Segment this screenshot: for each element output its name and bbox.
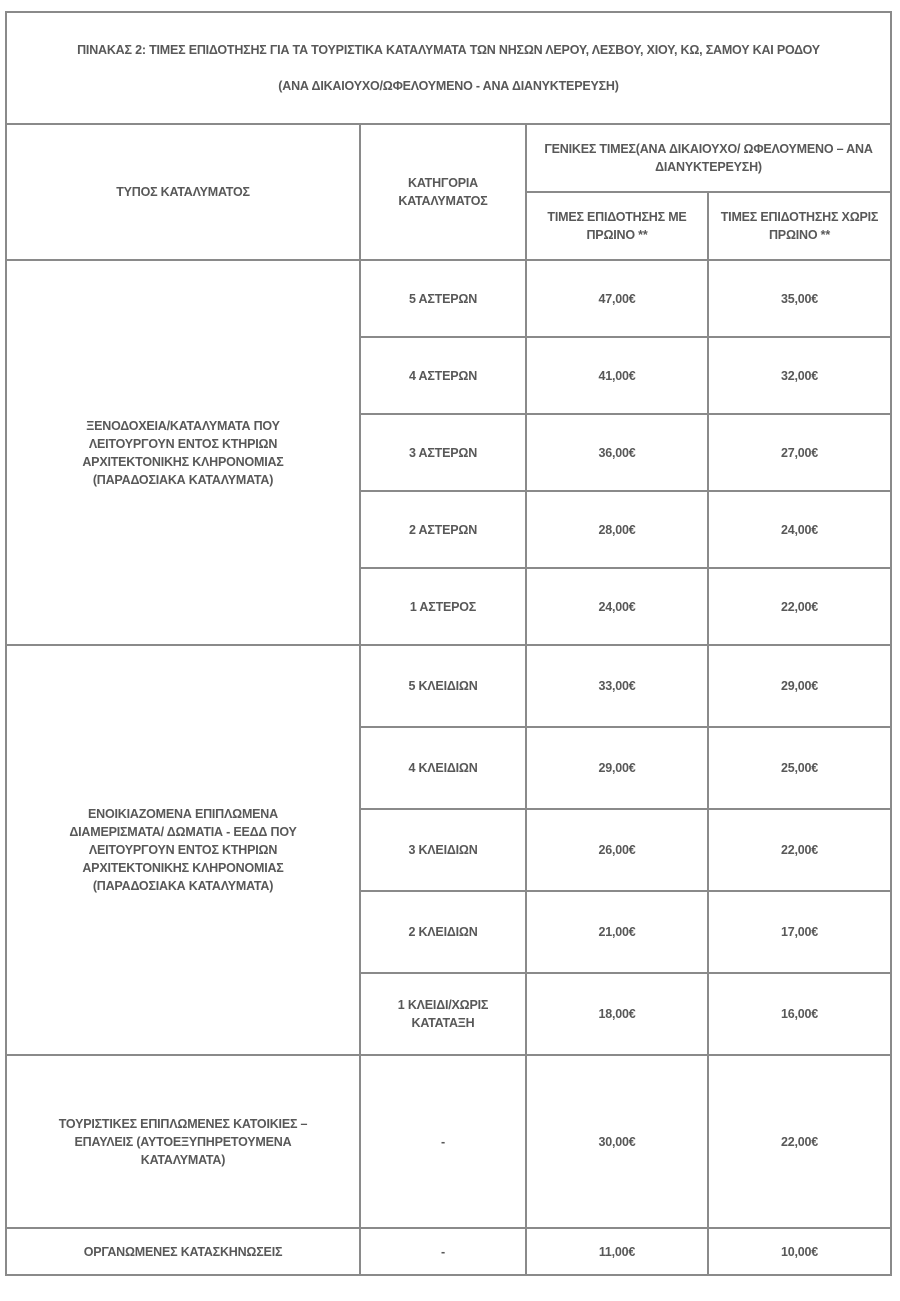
group-type-villas: ΤΟΥΡΙΣΤΙΚΕΣ ΕΠΙΠΛΩΜΕΝΕΣ ΚΑΤΟΙΚΙΕΣ –ΕΠΑΥΛ… — [6, 1055, 360, 1228]
table-row: ΤΟΥΡΙΣΤΙΚΕΣ ΕΠΙΠΛΩΜΕΝΕΣ ΚΑΤΟΙΚΙΕΣ –ΕΠΑΥΛ… — [6, 1055, 891, 1228]
price-with-breakfast: 28,00€ — [526, 491, 708, 568]
price-without-breakfast: 29,00€ — [708, 645, 891, 727]
price-with-breakfast: 41,00€ — [526, 337, 708, 414]
price-without-breakfast: 22,00€ — [708, 809, 891, 891]
price-without-breakfast: 27,00€ — [708, 414, 891, 491]
price-with-breakfast: 47,00€ — [526, 260, 708, 337]
price-with-breakfast: 29,00€ — [526, 727, 708, 809]
group-type-hotels: ΞΕΝΟΔΟΧΕΙΑ/ΚΑΤΑΛΥΜΑΤΑ ΠΟΥ ΛΕΙΤΟΥΡΓΟΥΝ ΕΝ… — [6, 260, 360, 645]
header-category: ΚΑΤΗΓΟΡΙΑ ΚΑΤΑΛΥΜΑΤΟΣ — [360, 124, 526, 260]
header-with-breakfast: ΤΙΜΕΣ ΕΠΙΔΟΤΗΣΗΣ ΜΕ ΠΡΩΙΝΟ ** — [526, 192, 708, 260]
price-without-breakfast: 35,00€ — [708, 260, 891, 337]
category-cell: 5 ΑΣΤΕΡΩΝ — [360, 260, 526, 337]
category-cell: 1 ΚΛΕΙΔΙ/ΧΩΡΙΣ ΚΑΤΑΤΑΞΗ — [360, 973, 526, 1055]
table-row: ΟΡΓΑΝΩΜΕΝΕΣ ΚΑΤΑΣΚΗΝΩΣΕΙΣ - 11,00€ 10,00… — [6, 1228, 891, 1275]
price-with-breakfast: 33,00€ — [526, 645, 708, 727]
header-general-prices: ΓΕΝΙΚΕΣ ΤΙΜΕΣ(ΑΝΑ ΔΙΚΑΙΟΥΧΟ/ ΩΦΕΛΟΥΜΕΝΟ … — [526, 124, 891, 192]
price-without-breakfast: 25,00€ — [708, 727, 891, 809]
group-type-apartments: ΕΝΟΙΚΙΑΖΟΜΕΝΑ ΕΠΙΠΛΩΜΕΝΑ ΔΙΑΜΕΡΙΣΜΑΤΑ/ Δ… — [6, 645, 360, 1055]
price-with-breakfast: 24,00€ — [526, 568, 708, 645]
table-row: ΕΝΟΙΚΙΑΖΟΜΕΝΑ ΕΠΙΠΛΩΜΕΝΑ ΔΙΑΜΕΡΙΣΜΑΤΑ/ Δ… — [6, 645, 891, 727]
price-without-breakfast: 16,00€ — [708, 973, 891, 1055]
category-cell: 3 ΑΣΤΕΡΩΝ — [360, 414, 526, 491]
category-cell: - — [360, 1228, 526, 1275]
price-without-breakfast: 32,00€ — [708, 337, 891, 414]
category-cell: 4 ΚΛΕΙΔΙΩΝ — [360, 727, 526, 809]
price-without-breakfast: 22,00€ — [708, 568, 891, 645]
category-cell: 1 ΑΣΤΕΡΟΣ — [360, 568, 526, 645]
table-title: ΠΙΝΑΚΑΣ 2: ΤΙΜΕΣ ΕΠΙΔΟΤΗΣΗΣ ΓΙΑ ΤΑ ΤΟΥΡΙ… — [6, 12, 891, 124]
price-with-breakfast: 30,00€ — [526, 1055, 708, 1228]
table-row: ΞΕΝΟΔΟΧΕΙΑ/ΚΑΤΑΛΥΜΑΤΑ ΠΟΥ ΛΕΙΤΟΥΡΓΟΥΝ ΕΝ… — [6, 260, 891, 337]
price-with-breakfast: 26,00€ — [526, 809, 708, 891]
price-without-breakfast: 17,00€ — [708, 891, 891, 973]
price-without-breakfast: 22,00€ — [708, 1055, 891, 1228]
price-with-breakfast: 21,00€ — [526, 891, 708, 973]
group-type-campsites: ΟΡΓΑΝΩΜΕΝΕΣ ΚΑΤΑΣΚΗΝΩΣΕΙΣ — [6, 1228, 360, 1275]
header-type: ΤΥΠΟΣ ΚΑΤΑΛΥΜΑΤΟΣ — [6, 124, 360, 260]
price-with-breakfast: 18,00€ — [526, 973, 708, 1055]
price-with-breakfast: 11,00€ — [526, 1228, 708, 1275]
category-cell: 5 ΚΛΕΙΔΙΩΝ — [360, 645, 526, 727]
category-cell: 2 ΑΣΤΕΡΩΝ — [360, 491, 526, 568]
table-title-main: ΠΙΝΑΚΑΣ 2: ΤΙΜΕΣ ΕΠΙΔΟΤΗΣΗΣ ΓΙΑ ΤΑ ΤΟΥΡΙ… — [13, 41, 884, 59]
table-title-subtitle: (ΑΝΑ ΔΙΚΑΙΟΥΧΟ/ΩΦΕΛΟΥΜΕΝΟ - ΑΝΑ ΔΙΑΝΥΚΤΕ… — [13, 77, 884, 95]
category-cell: 3 ΚΛΕΙΔΙΩΝ — [360, 809, 526, 891]
price-without-breakfast: 24,00€ — [708, 491, 891, 568]
category-cell: 4 ΑΣΤΕΡΩΝ — [360, 337, 526, 414]
category-cell: 2 ΚΛΕΙΔΙΩΝ — [360, 891, 526, 973]
price-without-breakfast: 10,00€ — [708, 1228, 891, 1275]
subsidy-rates-table: ΠΙΝΑΚΑΣ 2: ΤΙΜΕΣ ΕΠΙΔΟΤΗΣΗΣ ΓΙΑ ΤΑ ΤΟΥΡΙ… — [5, 11, 892, 1276]
category-cell: - — [360, 1055, 526, 1228]
price-with-breakfast: 36,00€ — [526, 414, 708, 491]
header-without-breakfast: ΤΙΜΕΣ ΕΠΙΔΟΤΗΣΗΣ ΧΩΡΙΣ ΠΡΩΙΝΟ ** — [708, 192, 891, 260]
